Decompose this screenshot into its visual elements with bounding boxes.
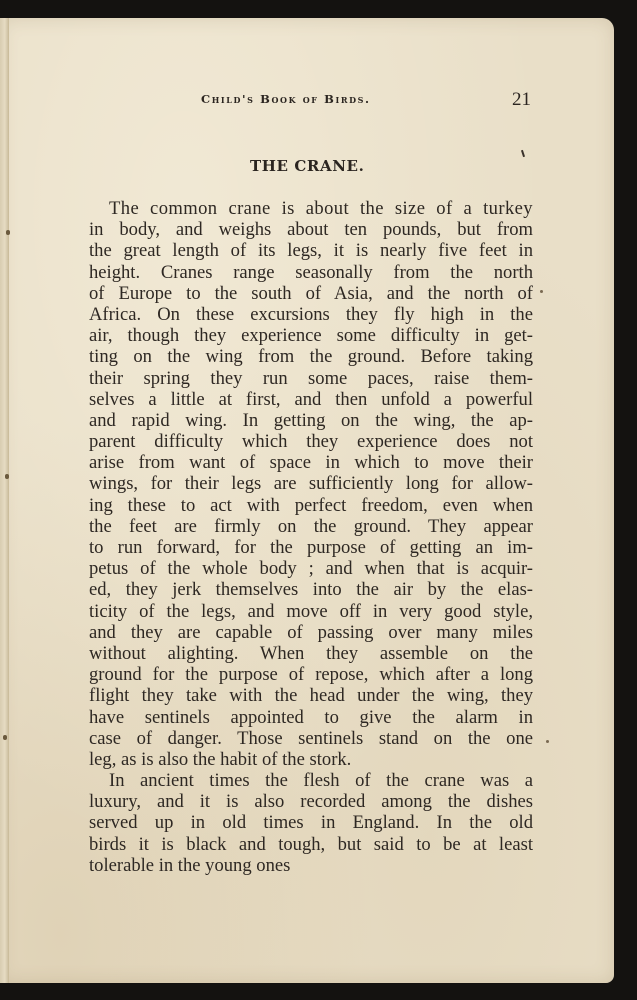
text-line: birds it is black and tough, but said to… <box>89 834 533 855</box>
paper-speck <box>546 740 549 743</box>
text-line: to run forward, for the purpose of getti… <box>89 537 533 558</box>
text-line: wings, for their legs are sufficiently l… <box>89 473 533 494</box>
text-line: selves a little at first, and then unfol… <box>89 389 533 410</box>
text-line: The common crane is about the size of a … <box>89 198 533 219</box>
text-line: and they are capable of passing over man… <box>89 622 533 643</box>
text-line: In ancient times the flesh of the crane … <box>89 770 533 791</box>
margin-mark <box>6 230 10 235</box>
margin-mark <box>5 474 9 479</box>
text-line: in body, and weighs about ten pounds, bu… <box>89 219 533 240</box>
text-line: height. Cranes range seasonally from the… <box>89 262 533 283</box>
body-text: The common crane is about the size of a … <box>89 198 533 876</box>
page-gutter <box>0 18 9 983</box>
text-line: luxury, and it is also recorded among th… <box>89 791 533 812</box>
text-line: case of danger. Those sentinels stand on… <box>89 728 533 749</box>
text-line: and rapid wing. In getting on the wing, … <box>89 410 533 431</box>
text-line: ground for the purpose of repose, which … <box>89 664 533 685</box>
text-line: served up in old times in England. In th… <box>89 812 533 833</box>
text-line: the great length of its legs, it is near… <box>89 240 533 261</box>
text-line: have sentinels appointed to give the ala… <box>89 707 533 728</box>
text-line: parent difficulty which they experience … <box>89 431 533 452</box>
text-line: ing these to act with perfect freedom, e… <box>89 495 533 516</box>
text-line: tolerable in the young ones <box>89 855 533 876</box>
text-line: petus of the whole body ; and when that … <box>89 558 533 579</box>
paper-speck <box>540 290 543 293</box>
text-line: ting on the wing from the ground. Before… <box>89 346 533 367</box>
text-line: Africa. On these excursions they fly hig… <box>89 304 533 325</box>
text-line: flight they take with the head under the… <box>89 685 533 706</box>
text-line: ticity of the legs, and move off in very… <box>89 601 533 622</box>
chapter-title: THE CRANE. <box>250 157 364 175</box>
text-line: without alighting. When they assemble on… <box>89 643 533 664</box>
margin-mark <box>3 735 7 740</box>
page-number: 21 <box>512 89 531 111</box>
text-line: arise from want of space in which to mov… <box>89 452 533 473</box>
text-line: their spring they run some paces, raise … <box>89 368 533 389</box>
text-line: leg, as is also the habit of the stork. <box>89 749 533 770</box>
text-line: air, though they experience some difficu… <box>89 325 533 346</box>
text-line: of Europe to the south of Asia, and the … <box>89 283 533 304</box>
text-line: ed, they jerk themselves into the air by… <box>89 579 533 600</box>
text-line: the feet are firmly on the ground. They … <box>89 516 533 537</box>
running-head: Child's Book of Birds. <box>201 92 371 106</box>
